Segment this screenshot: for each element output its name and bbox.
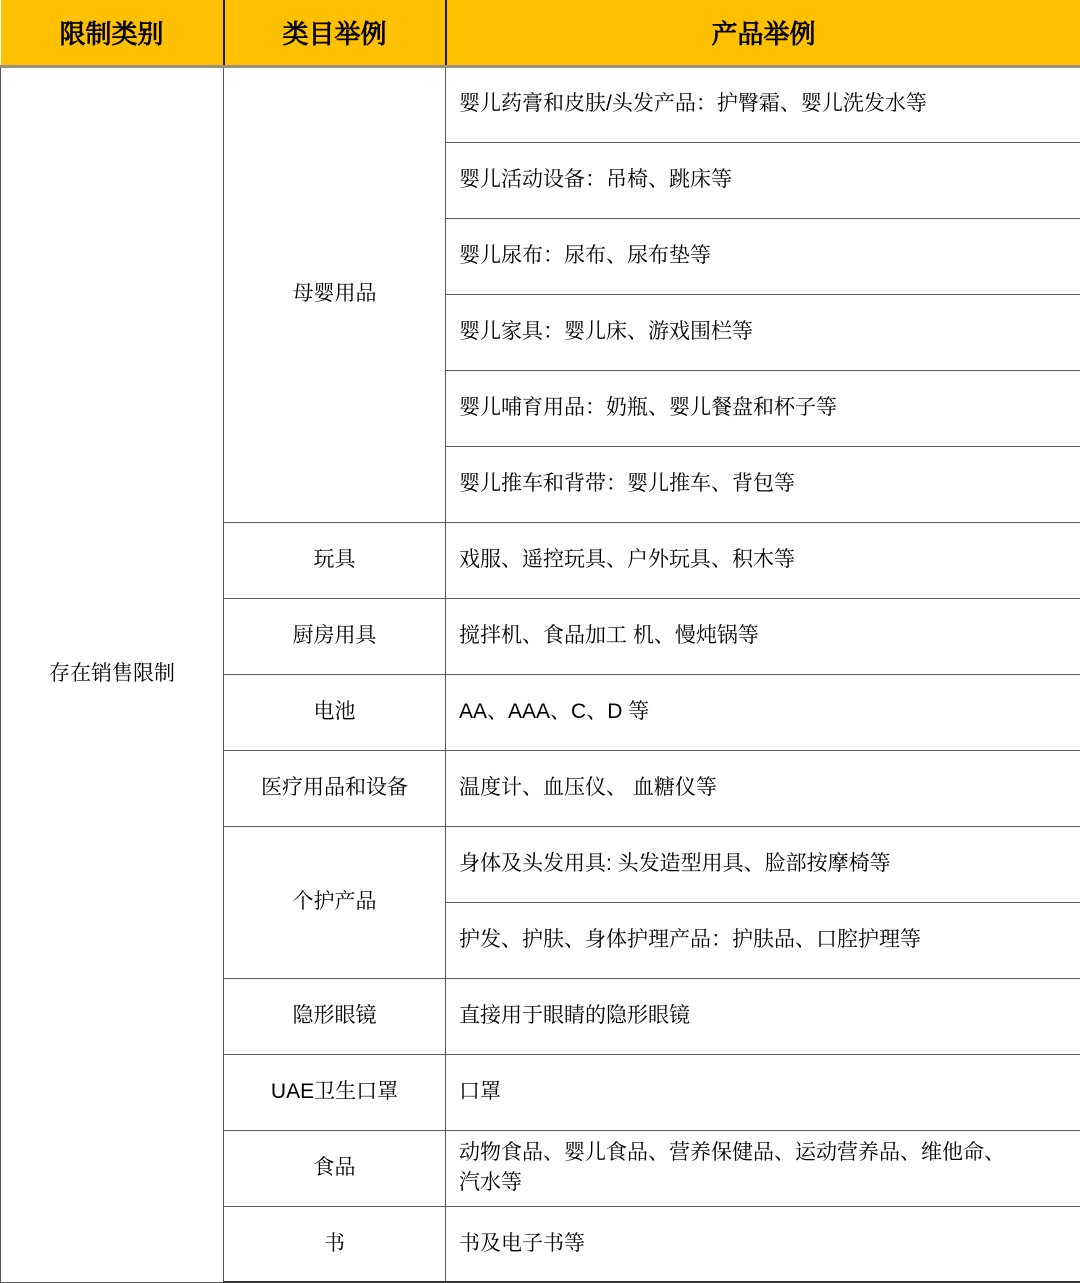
category-cell-kitchenware: 厨房用具 [224,598,446,674]
header-category-examples: 类目举例 [224,0,446,66]
product-cell: 戏服、遥控玩具、户外玩具、积木等 [446,522,1080,598]
product-cell: 婴儿活动设备：吊椅、跳床等 [446,142,1080,218]
product-cell: 直接用于眼睛的隐形眼镜 [446,978,1080,1054]
table-row: 存在销售限制 母婴用品 婴儿药膏和皮肤/头发产品：护臀霜、婴儿洗发水等 [1,66,1080,142]
category-cell-personal-care: 个护产品 [224,826,446,978]
category-cell-toys: 玩具 [224,522,446,598]
header-restriction-type: 限制类别 [1,0,224,66]
category-cell-food: 食品 [224,1130,446,1206]
page: 限制类别 类目举例 产品举例 存在销售限制 母婴用品 婴儿药膏和皮肤/头发产品：… [0,0,1080,1283]
category-cell-uae-masks: UAE卫生口罩 [224,1054,446,1130]
product-cell: 书及电子书等 [446,1206,1080,1282]
category-cell-batteries: 电池 [224,674,446,750]
product-cell: 搅拌机、食品加工 机、慢炖锅等 [446,598,1080,674]
product-cell: 口罩 [446,1054,1080,1130]
category-cell-medical-supplies: 医疗用品和设备 [224,750,446,826]
product-cell: 护发、护肤、身体护理产品：护肤品、口腔护理等 [446,902,1080,978]
restriction-category-cell: 存在销售限制 [1,66,224,1282]
header-product-examples: 产品举例 [446,0,1080,66]
header-row: 限制类别 类目举例 产品举例 [1,0,1080,66]
category-cell-baby-products: 母婴用品 [224,66,446,522]
category-cell-books: 书 [224,1206,446,1282]
product-cell: AA、AAA、C、D 等 [446,674,1080,750]
product-cell: 动物食品、婴儿食品、营养保健品、运动营养品、维他命、汽水等 [446,1130,1080,1206]
product-cell: 婴儿家具：婴儿床、游戏围栏等 [446,294,1080,370]
product-cell: 婴儿哺育用品：奶瓶、婴儿餐盘和杯子等 [446,370,1080,446]
sales-restriction-table: 限制类别 类目举例 产品举例 存在销售限制 母婴用品 婴儿药膏和皮肤/头发产品：… [0,0,1080,1283]
product-cell: 婴儿尿布：尿布、尿布垫等 [446,218,1080,294]
product-cell: 温度计、血压仪、 血糖仪等 [446,750,1080,826]
product-cell: 身体及头发用具: 头发造型用具、脸部按摩椅等 [446,826,1080,902]
product-cell: 婴儿药膏和皮肤/头发产品：护臀霜、婴儿洗发水等 [446,66,1080,142]
category-cell-contact-lenses: 隐形眼镜 [224,978,446,1054]
product-cell: 婴儿推车和背带：婴儿推车、背包等 [446,446,1080,522]
